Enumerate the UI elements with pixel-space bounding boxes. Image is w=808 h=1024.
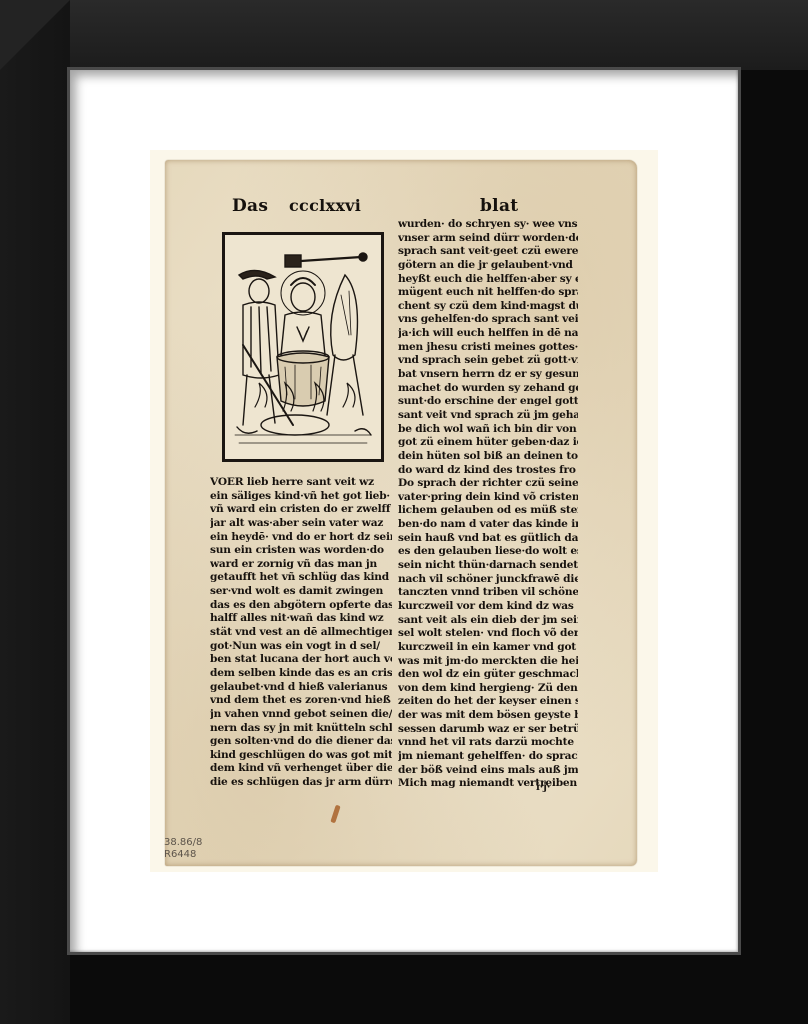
text-line: Mich mag niemandt vertreiben bbox=[398, 777, 578, 791]
text-line: VOER lieb herre sant veit wz bbox=[210, 476, 392, 490]
text-line: es den gelauben liese·do wolt es bbox=[398, 545, 578, 559]
text-line: den wol dz ein güter geschmack bbox=[398, 668, 578, 682]
text-line: jn vahen vnnd gebot seinen die/ bbox=[210, 708, 392, 722]
text-line: wurden· do schryen sy· wee vns bbox=[398, 218, 578, 232]
text-line: nern das sy jn mit knütteln schla bbox=[210, 722, 392, 736]
frame-top-rail bbox=[0, 0, 808, 70]
text-line: sel wolt stelen· vnd floch võ der bbox=[398, 627, 578, 641]
text-line: dem kind vñ verhenget über die bbox=[210, 762, 392, 776]
text-line: ser·vnd wolt es damit zwingen bbox=[210, 585, 392, 599]
saint-in-cauldron-woodcut-icon bbox=[225, 235, 381, 459]
text-line: ein heydē· vnd do er hort dz sein bbox=[210, 531, 392, 545]
inventory-marks: 38.86/8 R6448 bbox=[164, 837, 202, 861]
text-line: men jhesu cristi meines gottes· bbox=[398, 341, 578, 355]
text-line: heyßt euch die helffen·aber sy en bbox=[398, 273, 578, 287]
text-line: sprach sant veit·geet czü eweren bbox=[398, 245, 578, 259]
ink-stain bbox=[330, 805, 340, 824]
text-line: halff alles nit·wañ das kind wz bbox=[210, 612, 392, 626]
text-line: kind geschlügen do was got mit bbox=[210, 749, 392, 763]
text-line: mügent euch nit helffen·do spra/ bbox=[398, 286, 578, 300]
text-line: gelaubet·vnd d hieß valerianus bbox=[210, 681, 392, 695]
text-line: kurczweil vor dem kind dz was bbox=[398, 600, 578, 614]
text-line: was mit jm·do merckten die hei bbox=[398, 655, 578, 669]
text-line: vnd sprach sein gebet zü gott·vñ bbox=[398, 354, 578, 368]
manuscript-leaf: Das ccclxxvi blat bbox=[165, 160, 637, 866]
header-left-word: Das bbox=[232, 196, 268, 216]
text-line: vnser arm seind dürr worden·do bbox=[398, 232, 578, 246]
text-line: ja·ich will euch helffen in dē na- bbox=[398, 327, 578, 341]
text-line: sunt·do erschine der engel gottes bbox=[398, 395, 578, 409]
folio-number: ccclxxvi bbox=[289, 196, 361, 215]
text-line: stät vnd vest an dē allmechtigen bbox=[210, 626, 392, 640]
text-line: bat vnsern herrn dz er sy gesunt bbox=[398, 368, 578, 382]
text-line: das es den abgötern opferte das bbox=[210, 599, 392, 613]
text-line: got·Nun was ein vogt in d sel/ bbox=[210, 640, 392, 654]
text-line: be dich wol wañ ich bin dir von bbox=[398, 423, 578, 437]
text-line: sant veit vnd sprach zü jm geha bbox=[398, 409, 578, 423]
frame-miter-corner bbox=[0, 0, 70, 70]
text-line: lichem gelauben od es müß ster· bbox=[398, 504, 578, 518]
text-line: der böß veind eins mals auß jm bbox=[398, 764, 578, 778]
text-line: vns gehelfen·do sprach sant veit bbox=[398, 313, 578, 327]
text-line: kurczweil in ein kamer vnd got bbox=[398, 641, 578, 655]
text-column-right: wurden· do schryen sy· wee vns vnser arm… bbox=[398, 218, 578, 791]
accession-number: 38.86/8 bbox=[164, 837, 202, 849]
text-line: die es schlügen das jr arm dürre bbox=[210, 776, 392, 790]
text-line: machet do wurden sy zehand ge bbox=[398, 382, 578, 396]
text-column-left: VOER lieb herre sant veit wz ein säliges… bbox=[210, 476, 392, 790]
text-line: vnd dem thet es zoren·vnd hieß bbox=[210, 694, 392, 708]
text-line: von dem kind hergieng· Zü den bbox=[398, 682, 578, 696]
text-line: jar alt was·aber sein vater waz bbox=[210, 517, 392, 531]
text-line: jm niemant gehelffen· do sprach bbox=[398, 750, 578, 764]
text-line: tanczten vnnd triben vil schöner bbox=[398, 586, 578, 600]
text-line: gen solten·vnd do die diener das bbox=[210, 735, 392, 749]
text-line: dein hüten sol biß an deinen tod· bbox=[398, 450, 578, 464]
text-line: sein nicht thün·darnach sendet er bbox=[398, 559, 578, 573]
text-line: vnnd het vil rats darzü mochte bbox=[398, 736, 578, 750]
text-line: Do sprach der richter czü seinem bbox=[398, 477, 578, 491]
text-line: got zü einem hüter geben·daz ich bbox=[398, 436, 578, 450]
text-line: götern an die jr gelaubent·vnd bbox=[398, 259, 578, 273]
text-line: ben·do nam d vater das kinde in bbox=[398, 518, 578, 532]
text-line: sun ein cristen was worden·do bbox=[210, 544, 392, 558]
reference-number: R6448 bbox=[164, 849, 202, 861]
text-line: vater·pring dein kind võ cristen bbox=[398, 491, 578, 505]
text-line: sessen darumb waz er ser betrübe bbox=[398, 723, 578, 737]
text-line: chent sy czü dem kind·magst du bbox=[398, 300, 578, 314]
header-right-word: blat bbox=[480, 196, 518, 216]
text-line: dem selben kinde das es an cristū bbox=[210, 667, 392, 681]
text-line: ben stat lucana der hort auch von bbox=[210, 653, 392, 667]
signature-mark: i·j· bbox=[536, 782, 550, 793]
frame-left-rail bbox=[0, 0, 70, 1024]
text-line: vñ ward ein cristen do er zwelff bbox=[210, 503, 392, 517]
text-line: nach vil schöner junckfrawē die bbox=[398, 573, 578, 587]
text-line: ward er zornig vñ das man jn bbox=[210, 558, 392, 572]
text-line: do ward dz kind des trostes fro bbox=[398, 464, 578, 478]
text-line: sant veit als ein dieb der jm sein bbox=[398, 614, 578, 628]
text-line: sein hauß vnd bat es gütlich das bbox=[398, 532, 578, 546]
text-line: der was mit dem bösen geyste be bbox=[398, 709, 578, 723]
text-line: zeiten do het der keyser einen sun bbox=[398, 695, 578, 709]
text-line: getaufft het vñ schlüg das kind bbox=[210, 571, 392, 585]
text-line: ein säliges kind·vñ het got lieb· bbox=[210, 490, 392, 504]
woodcut-illustration bbox=[222, 232, 384, 462]
